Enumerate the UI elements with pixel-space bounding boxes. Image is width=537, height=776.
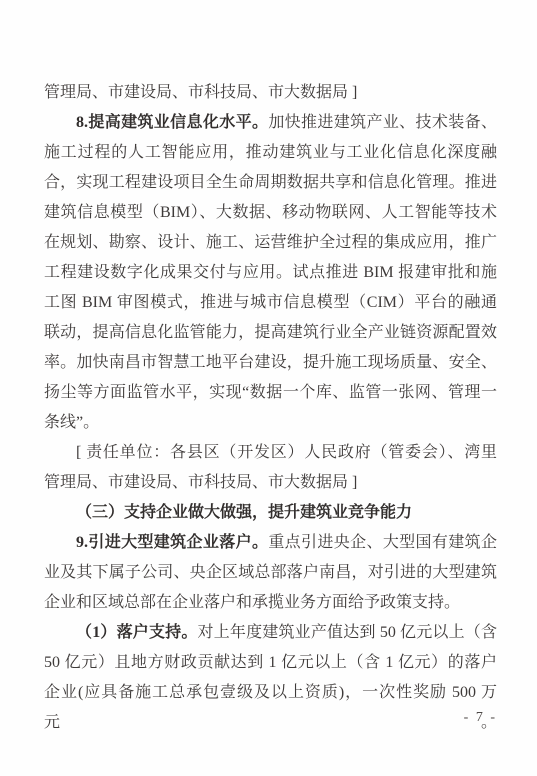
text-line-2: 8.提高建筑业信息化水平。加快推进建筑产业、技术装备、 (44, 108, 497, 138)
text-line-11: 扬尘等方面监管水平，实现“数据一个库、监管一张网、管理一 (44, 378, 497, 408)
text-line-12: 条线”。 (44, 408, 497, 438)
text-run: 管理局、市建设局、市科技局、市大数据局 ] (44, 474, 357, 491)
text-line-4: 合，实现工程建设项目全生命周期数据共享和信息化管理。推进 (44, 168, 497, 198)
text-run: 工图 BIM 审图模式，推进与城市信息模型（CIM）平台的融通 (44, 294, 497, 311)
heading-run: 9.引进大型建筑企业落户。 (76, 534, 268, 551)
text-run: 管理局、市建设局、市科技局、市大数据局 ] (44, 84, 357, 101)
text-line-8: 工图 BIM 审图模式，推进与城市信息模型（CIM）平台的融通 (44, 288, 497, 318)
text-run: [ 责任单位：各县区（开发区）人民政府（管委会）、湾里 (76, 444, 497, 461)
document-body: 管理局、市建设局、市科技局、市大数据局 ]8.提高建筑业信息化水平。加快推进建筑… (44, 78, 497, 708)
page-number: - 7 - (464, 710, 497, 726)
text-run: 企业和区域总部在企业落户和承揽业务方面给予政策支持。 (44, 594, 460, 611)
text-line-9: 联动，提高信息化监管能力，提高建筑行业全产业链资源配置效 (44, 318, 497, 348)
heading-run: （1）落户支持。 (76, 624, 198, 641)
text-run: 建筑信息模型（BIM）、大数据、移动物联网、人工智能等技术 (44, 204, 497, 221)
text-line-18: 企业和区域总部在企业落户和承揽业务方面给予政策支持。 (44, 588, 497, 618)
text-run: 合，实现工程建设项目全生命周期数据共享和信息化管理。推进 (44, 174, 497, 191)
text-run: 扬尘等方面监管水平，实现“数据一个库、监管一张网、管理一 (44, 384, 497, 401)
text-line-3: 施工过程的人工智能应用，推动建筑业与工业化信息化深度融 (44, 138, 497, 168)
document-page: 管理局、市建设局、市科技局、市大数据局 ]8.提高建筑业信息化水平。加快推进建筑… (0, 0, 537, 776)
text-run: 在规划、勘察、设计、施工、运营维护全过程的集成应用，推广 (44, 234, 497, 251)
text-run: 工程建设数字化成果交付与应用。试点推进 BIM 报建审批和施 (44, 264, 497, 281)
text-line-14: 管理局、市建设局、市科技局、市大数据局 ] (44, 468, 497, 498)
text-line-5: 建筑信息模型（BIM）、大数据、移动物联网、人工智能等技术 (44, 198, 497, 228)
text-run: 加快推进建筑产业、技术装备、 (268, 114, 497, 131)
text-line-16: 9.引进大型建筑企业落户。重点引进央企、大型国有建筑企 (44, 528, 497, 558)
text-line-13: [ 责任单位：各县区（开发区）人民政府（管委会）、湾里 (44, 438, 497, 468)
text-line-19: （1）落户支持。对上年度建筑业产值达到 50 亿元以上（含 (44, 618, 497, 648)
text-run: 施工过程的人工智能应用，推动建筑业与工业化信息化深度融 (44, 144, 497, 161)
text-line-7: 工程建设数字化成果交付与应用。试点推进 BIM 报建审批和施 (44, 258, 497, 288)
heading-run: 8.提高建筑业信息化水平。 (76, 114, 268, 131)
text-line-6: 在规划、勘察、设计、施工、运营维护全过程的集成应用，推广 (44, 228, 497, 258)
text-run: 对上年度建筑业产值达到 50 亿元以上（含 (198, 624, 497, 641)
text-line-17: 业及其下属子公司、央企区域总部落户南昌，对引进的大型建筑 (44, 558, 497, 588)
text-line-10: 率。加快南昌市智慧工地平台建设，提升施工现场质量、安全、 (44, 348, 497, 378)
text-run: 条线”。 (44, 414, 99, 431)
text-run: 企业(应具备施工总承包壹级及以上资质)，一次性奖励 500 万元。 (44, 684, 497, 731)
text-run: 率。加快南昌市智慧工地平台建设，提升施工现场质量、安全、 (44, 354, 497, 371)
heading-run: （三）支持企业做大做强，提升建筑业竞争能力 (76, 504, 412, 521)
text-run: 业及其下属子公司、央企区域总部落户南昌，对引进的大型建筑 (44, 564, 497, 581)
text-line-1: 管理局、市建设局、市科技局、市大数据局 ] (44, 78, 497, 108)
text-line-15: （三）支持企业做大做强，提升建筑业竞争能力 (44, 498, 497, 528)
text-line-20: 50 亿元）且地方财政贡献达到 1 亿元以上（含 1 亿元）的落户 (44, 648, 497, 678)
text-run: 重点引进央企、大型国有建筑企 (268, 534, 497, 551)
text-line-21: 企业(应具备施工总承包壹级及以上资质)，一次性奖励 500 万元。 (44, 678, 497, 708)
text-run: 50 亿元）且地方财政贡献达到 1 亿元以上（含 1 亿元）的落户 (44, 654, 497, 671)
text-run: 联动，提高信息化监管能力，提高建筑行业全产业链资源配置效 (44, 324, 497, 341)
